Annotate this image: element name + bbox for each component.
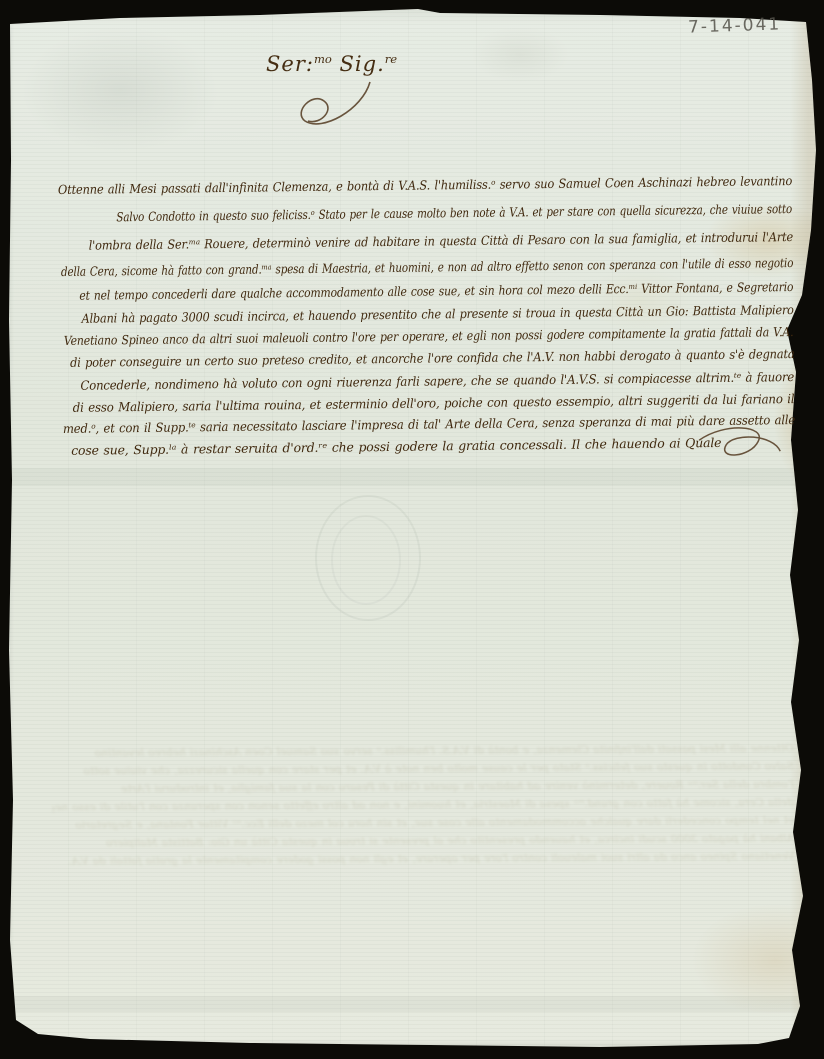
manuscript-line: Albani hà pagato 3000 scudi incirca, et … <box>81 303 793 326</box>
manuscript-line: med.ᵒ, et con il Supp.ᵗᵉ saria necessita… <box>63 413 795 436</box>
manuscript-line: cose sue, Supp.ˡᵃ à restar seruita d'ord… <box>71 436 721 458</box>
manuscript-line: et nel tempo concederli dare qualche acc… <box>79 280 793 303</box>
manuscript-line: di esso Malipiero, saria l'ultima rouina… <box>73 392 795 415</box>
closing-flourish-icon <box>695 419 788 470</box>
manuscript-line: Ottenne alli Mesi passati dall'infinita … <box>58 174 792 197</box>
manuscript-line: Salvo Condotto in questo suo feliciss.ᵒ … <box>116 202 792 224</box>
letter-body: Ottenne alli Mesi passati dall'infinita … <box>0 0 824 1059</box>
manuscript-photo: Ottenne alli Mesi passati dall'infinita … <box>0 0 824 1059</box>
manuscript-line: Concederle, nondimeno hà voluto con ogni… <box>80 370 794 393</box>
manuscript-line: della Cera, sicome hà fatto con grand.ᵐᵃ… <box>61 256 793 279</box>
manuscript-line: di poter conseguire un certo suo preteso… <box>70 347 795 370</box>
manuscript-line: Venetiano Spineo anco da altri suoi male… <box>64 325 794 348</box>
manuscript-line: l'ombra della Ser.ᵐᵃ Rouere, determinò v… <box>89 230 793 253</box>
